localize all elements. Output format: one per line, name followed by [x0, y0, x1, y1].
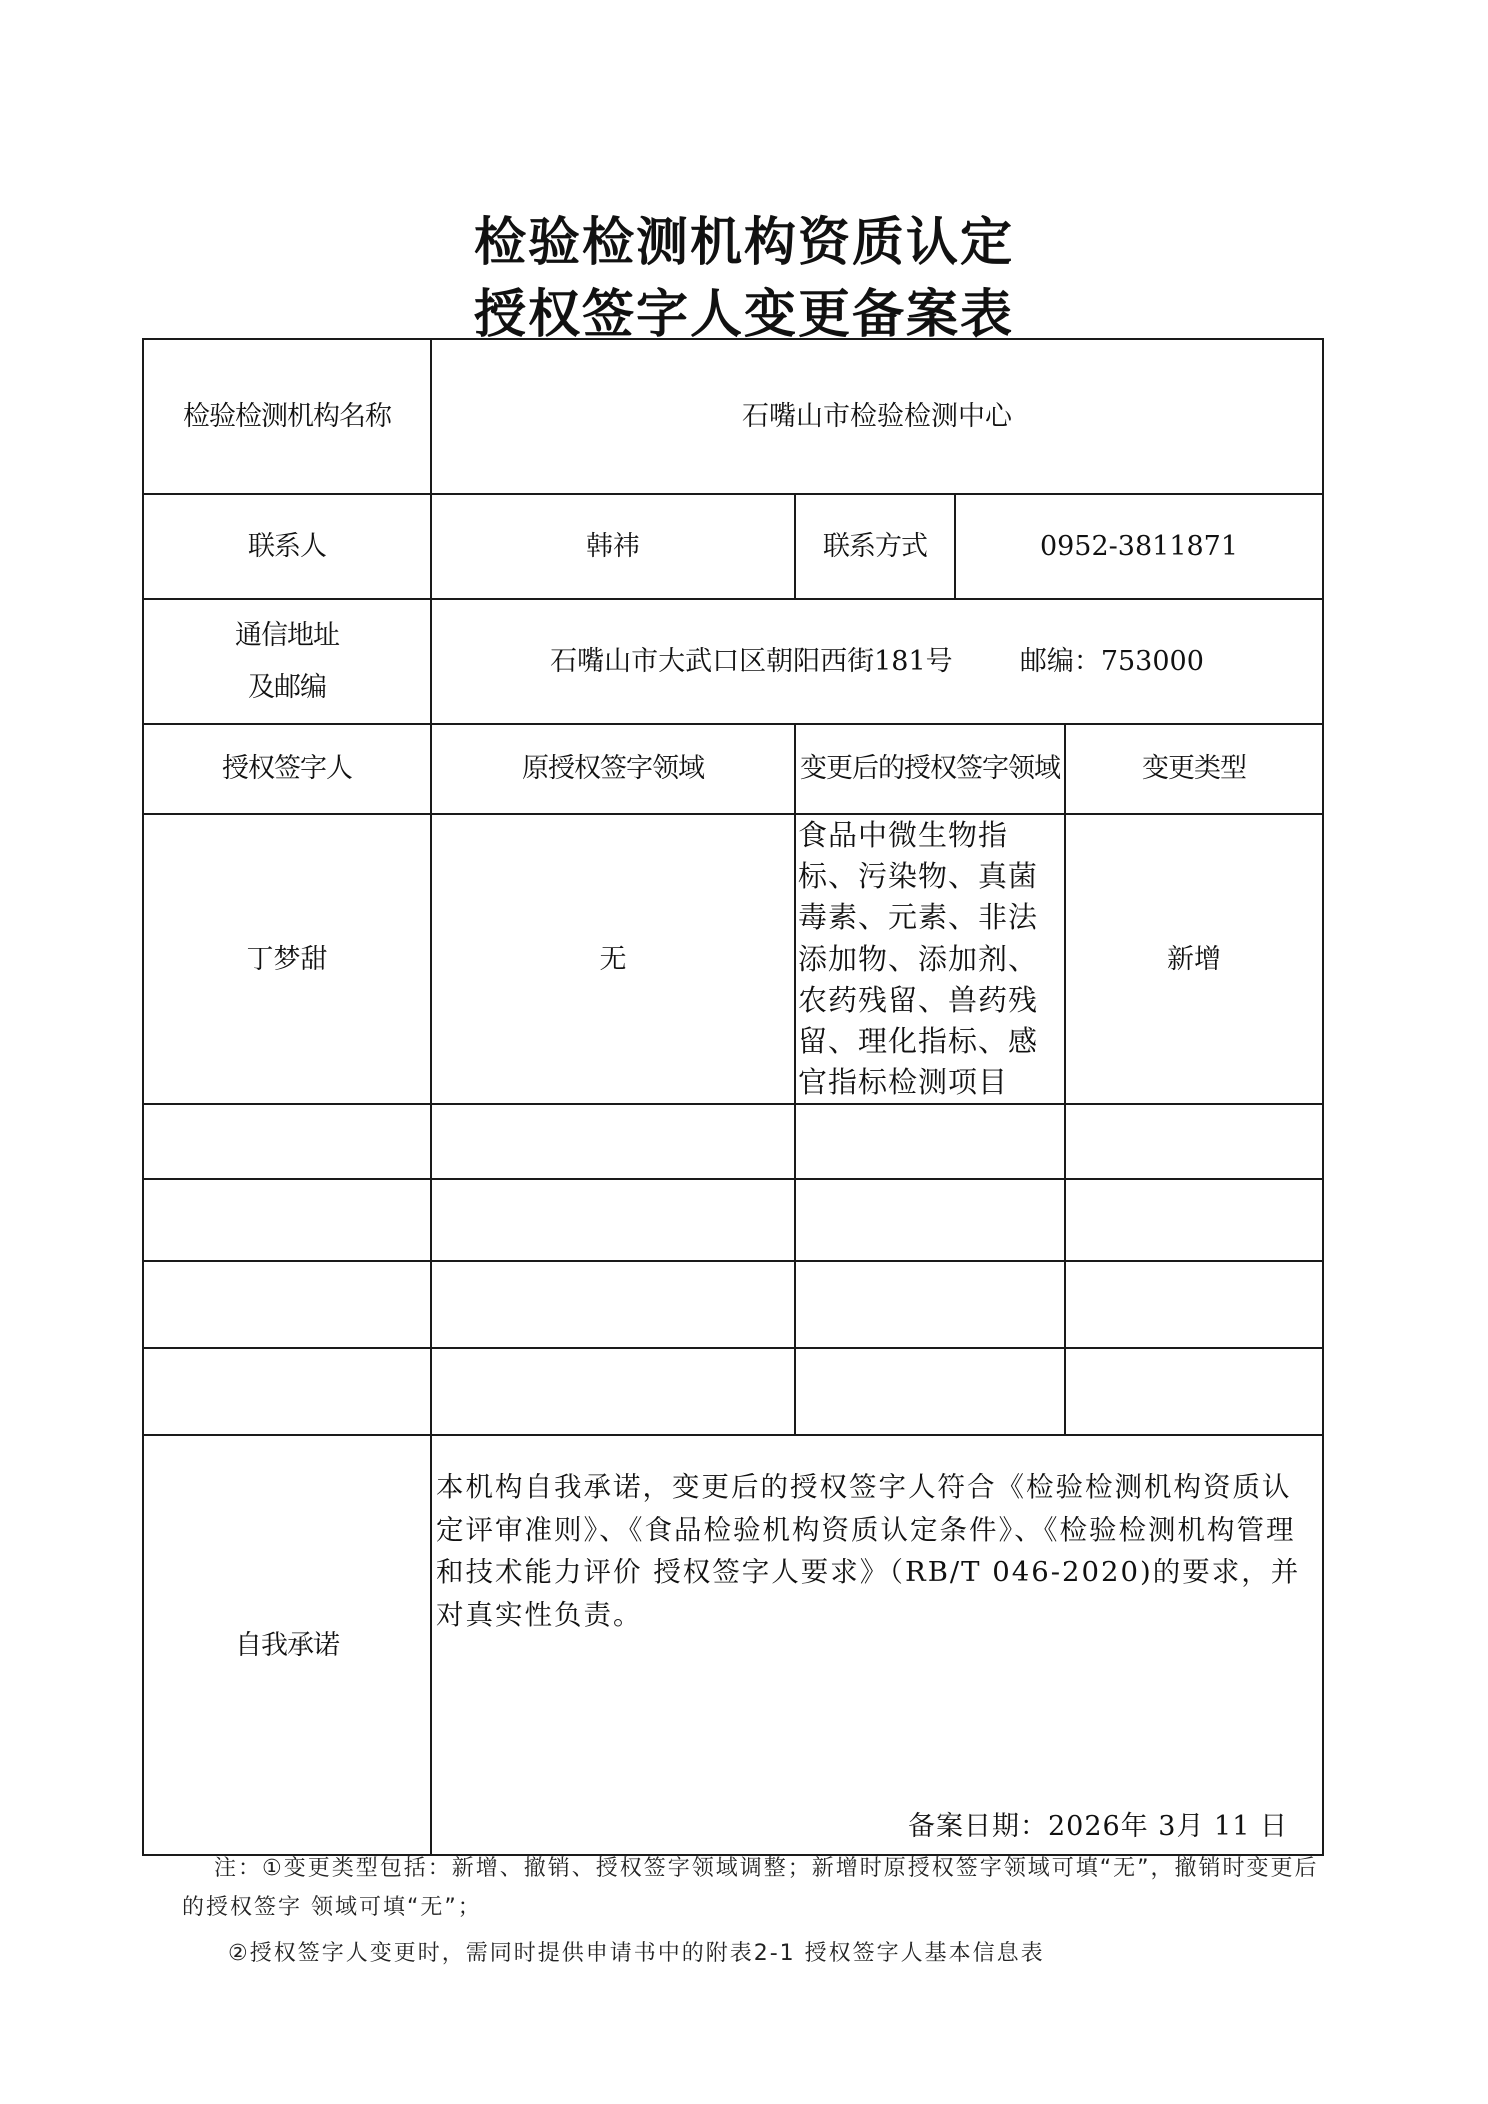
filing-date[interactable]: 备案日期：2026年 3月 11 日: [908, 1807, 1288, 1846]
signatory-name[interactable]: [143, 1179, 431, 1261]
contact-person-value[interactable]: 韩祎: [431, 494, 795, 599]
original-scope[interactable]: 无: [431, 814, 795, 1104]
header-original-scope: 原授权签字领域: [431, 724, 795, 814]
contact-method-value[interactable]: 0952-3811871: [955, 494, 1323, 599]
postcode-value: 753000: [1101, 646, 1204, 677]
contact-method-label: 联系方式: [795, 494, 955, 599]
note-1: 注：①变更类型包括：新增、撤销、授权签字领域调整；新增时原授权签字领域可填“无”…: [182, 1850, 1332, 1927]
address-row: 通信地址 及邮编 石嘴山市大武口区朝阳西街181号 邮编：753000: [143, 599, 1323, 724]
pledge-text: 本机构自我承诺，变更后的授权签字人符合《检验检测机构资质认定评审准则》、《食品检…: [432, 1436, 1322, 1637]
contact-person-label: 联系人: [143, 494, 431, 599]
postcode-label: 邮编：: [1020, 646, 1101, 677]
table-row: [143, 1261, 1323, 1348]
pledge-label: 自我承诺: [143, 1435, 431, 1855]
address-label-line1: 通信地址: [144, 616, 430, 655]
table-row: [143, 1179, 1323, 1261]
pledge-cell: 本机构自我承诺，变更后的授权签字人符合《检验检测机构资质认定评审准则》、《食品检…: [431, 1435, 1323, 1855]
header-signatory: 授权签字人: [143, 724, 431, 814]
institution-name-label: 检验检测机构名称: [143, 339, 431, 494]
original-scope[interactable]: [431, 1348, 795, 1435]
signatory-name[interactable]: 丁梦甜: [143, 814, 431, 1104]
form-title-line2: 授权签字人变更备案表: [0, 272, 1488, 347]
table-row: [143, 1348, 1323, 1435]
signatory-name[interactable]: [143, 1261, 431, 1348]
new-scope[interactable]: [795, 1348, 1065, 1435]
signatory-header-row: 授权签字人 原授权签字领域 变更后的授权签字领域 变更类型: [143, 724, 1323, 814]
new-scope[interactable]: [795, 1104, 1065, 1179]
address-label-line2: 及邮编: [144, 668, 430, 707]
form-notes: 注：①变更类型包括：新增、撤销、授权签字领域调整；新增时原授权签字领域可填“无”…: [182, 1850, 1332, 1974]
address-value-cell[interactable]: 石嘴山市大武口区朝阳西街181号 邮编：753000: [431, 599, 1323, 724]
form-title-line1: 检验检测机构资质认定: [0, 200, 1488, 275]
address-label: 通信地址 及邮编: [143, 599, 431, 724]
change-type[interactable]: [1065, 1104, 1323, 1179]
header-change-type: 变更类型: [1065, 724, 1323, 814]
header-new-scope: 变更后的授权签字领域: [795, 724, 1065, 814]
original-scope[interactable]: [431, 1179, 795, 1261]
filing-form-table: 检验检测机构名称 石嘴山市检验检测中心 联系人 韩祎 联系方式 0952-381…: [142, 338, 1324, 1856]
change-type[interactable]: [1065, 1179, 1323, 1261]
table-row: [143, 1104, 1323, 1179]
signatory-name[interactable]: [143, 1348, 431, 1435]
pledge-row: 自我承诺 本机构自我承诺，变更后的授权签字人符合《检验检测机构资质认定评审准则》…: [143, 1435, 1323, 1855]
change-type[interactable]: 新增: [1065, 814, 1323, 1104]
change-type[interactable]: [1065, 1348, 1323, 1435]
original-scope[interactable]: [431, 1261, 795, 1348]
table-row: 丁梦甜 无 食品中微生物指标、污染物、真菌毒素、元素、非法添加物、添加剂、农药残…: [143, 814, 1323, 1104]
original-scope[interactable]: [431, 1104, 795, 1179]
contact-row: 联系人 韩祎 联系方式 0952-3811871: [143, 494, 1323, 599]
institution-row: 检验检测机构名称 石嘴山市检验检测中心: [143, 339, 1323, 494]
address-value: 石嘴山市大武口区朝阳西街181号: [550, 646, 953, 677]
note-2: ②授权签字人变更时，需同时提供申请书中的附表2-1 授权签字人基本信息表: [182, 1935, 1332, 1974]
signatory-name[interactable]: [143, 1104, 431, 1179]
new-scope[interactable]: [795, 1179, 1065, 1261]
institution-name-value[interactable]: 石嘴山市检验检测中心: [431, 339, 1323, 494]
new-scope[interactable]: 食品中微生物指标、污染物、真菌毒素、元素、非法添加物、添加剂、农药残留、兽药残留…: [795, 814, 1065, 1104]
change-type[interactable]: [1065, 1261, 1323, 1348]
new-scope[interactable]: [795, 1261, 1065, 1348]
